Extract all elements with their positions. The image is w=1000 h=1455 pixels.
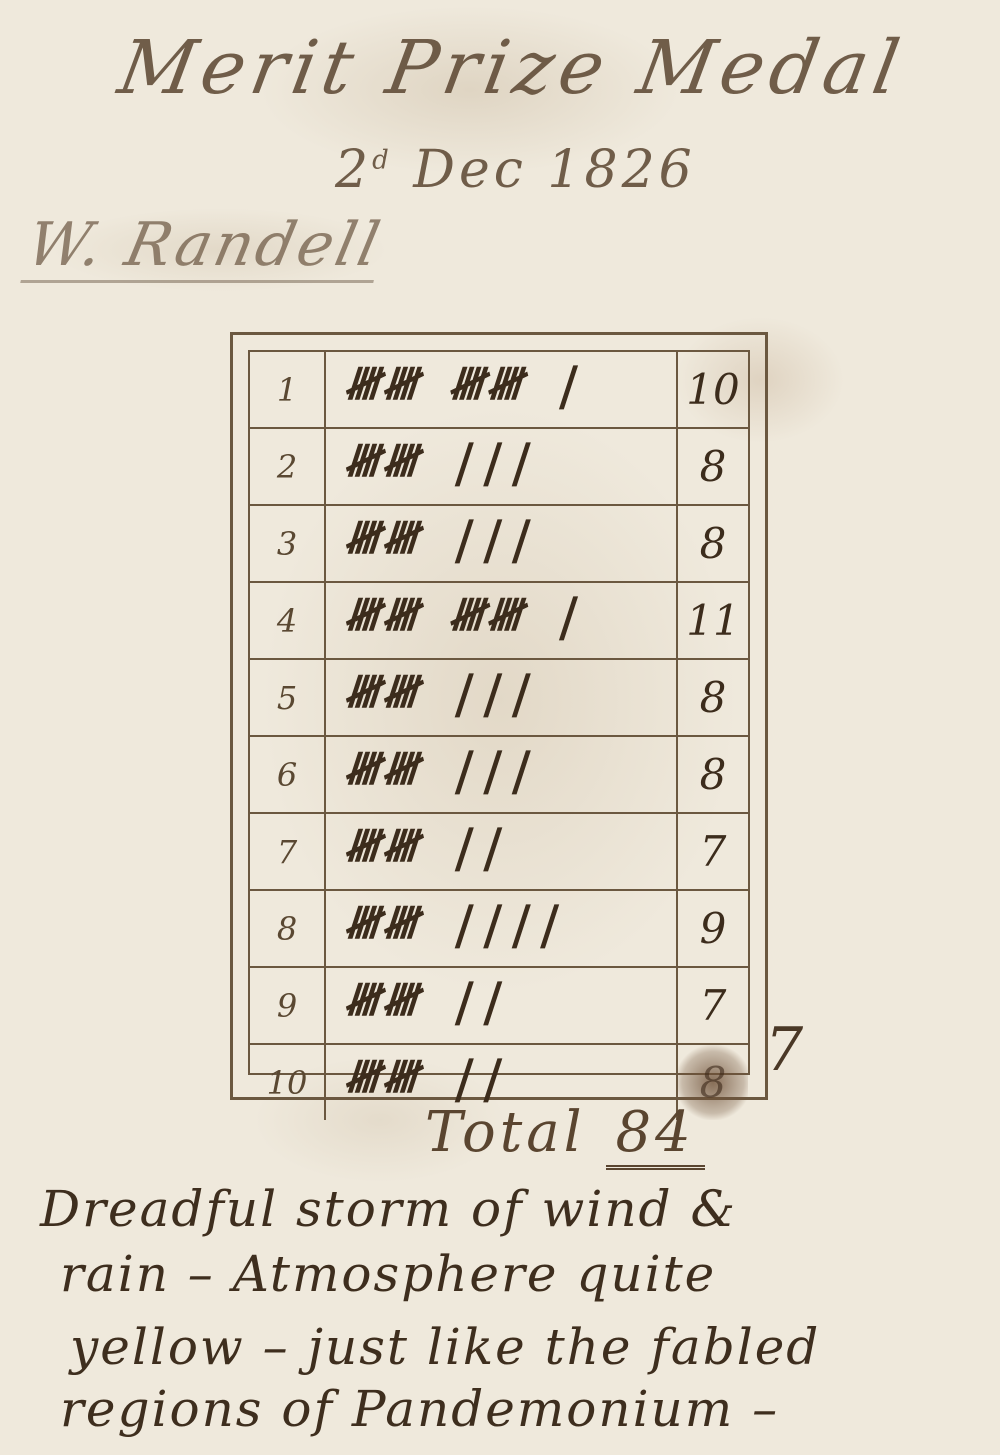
total-value: 84 xyxy=(606,1100,705,1170)
margin-correction: 7 xyxy=(765,1015,803,1085)
table-row: 2 𝍸𝍸 ||| 8 xyxy=(250,429,748,506)
row-number: 8 xyxy=(250,891,326,966)
total-label: Total xyxy=(425,1100,586,1165)
note-line: regions of Pandemonium – xyxy=(60,1380,779,1438)
row-number: 9 xyxy=(250,968,326,1043)
table-row: 1 𝍸𝍸 𝍸𝍸 | 10 xyxy=(250,352,748,429)
table-row: 7 𝍸𝍸 || 7 xyxy=(250,814,748,891)
row-score: 8 xyxy=(676,737,748,812)
row-score: 8 xyxy=(676,506,748,581)
tally-marks: 𝍸𝍸 𝍸𝍸 | xyxy=(314,352,688,427)
score-table: 1 𝍸𝍸 𝍸𝍸 | 10 2 𝍸𝍸 ||| 8 3 𝍸𝍸 ||| 8 4 𝍸𝍸 … xyxy=(248,350,750,1075)
tally-marks: 𝍸𝍸 || xyxy=(314,968,688,1043)
row-score: 11 xyxy=(676,583,748,658)
total-line: Total84 xyxy=(425,1100,705,1165)
row-number: 3 xyxy=(250,506,326,581)
table-row: 9 𝍸𝍸 || 7 xyxy=(250,968,748,1045)
row-number: 5 xyxy=(250,660,326,735)
note-line: Dreadful storm of wind & xyxy=(40,1180,737,1238)
row-number: 4 xyxy=(250,583,326,658)
table-row: 8 𝍸𝍸 |||| 9 xyxy=(250,891,748,968)
tally-marks: 𝍸𝍸 ||| xyxy=(314,660,688,735)
date-month-year: Dec 1826 xyxy=(413,140,695,200)
row-score: 8 xyxy=(676,429,748,504)
date-day: 2 xyxy=(335,140,372,200)
note-line: rain – Atmosphere quite xyxy=(60,1245,716,1303)
row-score: 7 xyxy=(676,968,748,1043)
row-score: 8 xyxy=(676,660,748,735)
tally-marks: 𝍸𝍸 ||| xyxy=(314,737,688,812)
row-number: 1 xyxy=(250,352,326,427)
table-row: 5 𝍸𝍸 ||| 8 xyxy=(250,660,748,737)
document-date: 2d Dec 1826 xyxy=(335,140,696,200)
document-title: Merit Prize Medal xyxy=(112,25,911,111)
note-line: yellow – just like the fabled xyxy=(70,1318,820,1376)
date-suffix: d xyxy=(372,146,393,176)
row-score: 7 xyxy=(676,814,748,889)
table-row: 6 𝍸𝍸 ||| 8 xyxy=(250,737,748,814)
tally-marks: 𝍸𝍸 𝍸𝍸 | xyxy=(314,583,688,658)
row-number: 10 xyxy=(250,1045,326,1120)
tally-marks: 𝍸𝍸 || xyxy=(314,814,688,889)
row-score: 10 xyxy=(676,352,748,427)
tally-marks: 𝍸𝍸 ||| xyxy=(314,429,688,504)
table-row: 4 𝍸𝍸 𝍸𝍸 | 11 xyxy=(250,583,748,660)
student-name: W. Randell xyxy=(20,210,388,283)
table-row: 3 𝍸𝍸 ||| 8 xyxy=(250,506,748,583)
row-number: 7 xyxy=(250,814,326,889)
row-score: 9 xyxy=(676,891,748,966)
row-number: 2 xyxy=(250,429,326,504)
tally-marks: 𝍸𝍸 ||| xyxy=(314,506,688,581)
tally-marks: 𝍸𝍸 |||| xyxy=(314,891,688,966)
row-number: 6 xyxy=(250,737,326,812)
